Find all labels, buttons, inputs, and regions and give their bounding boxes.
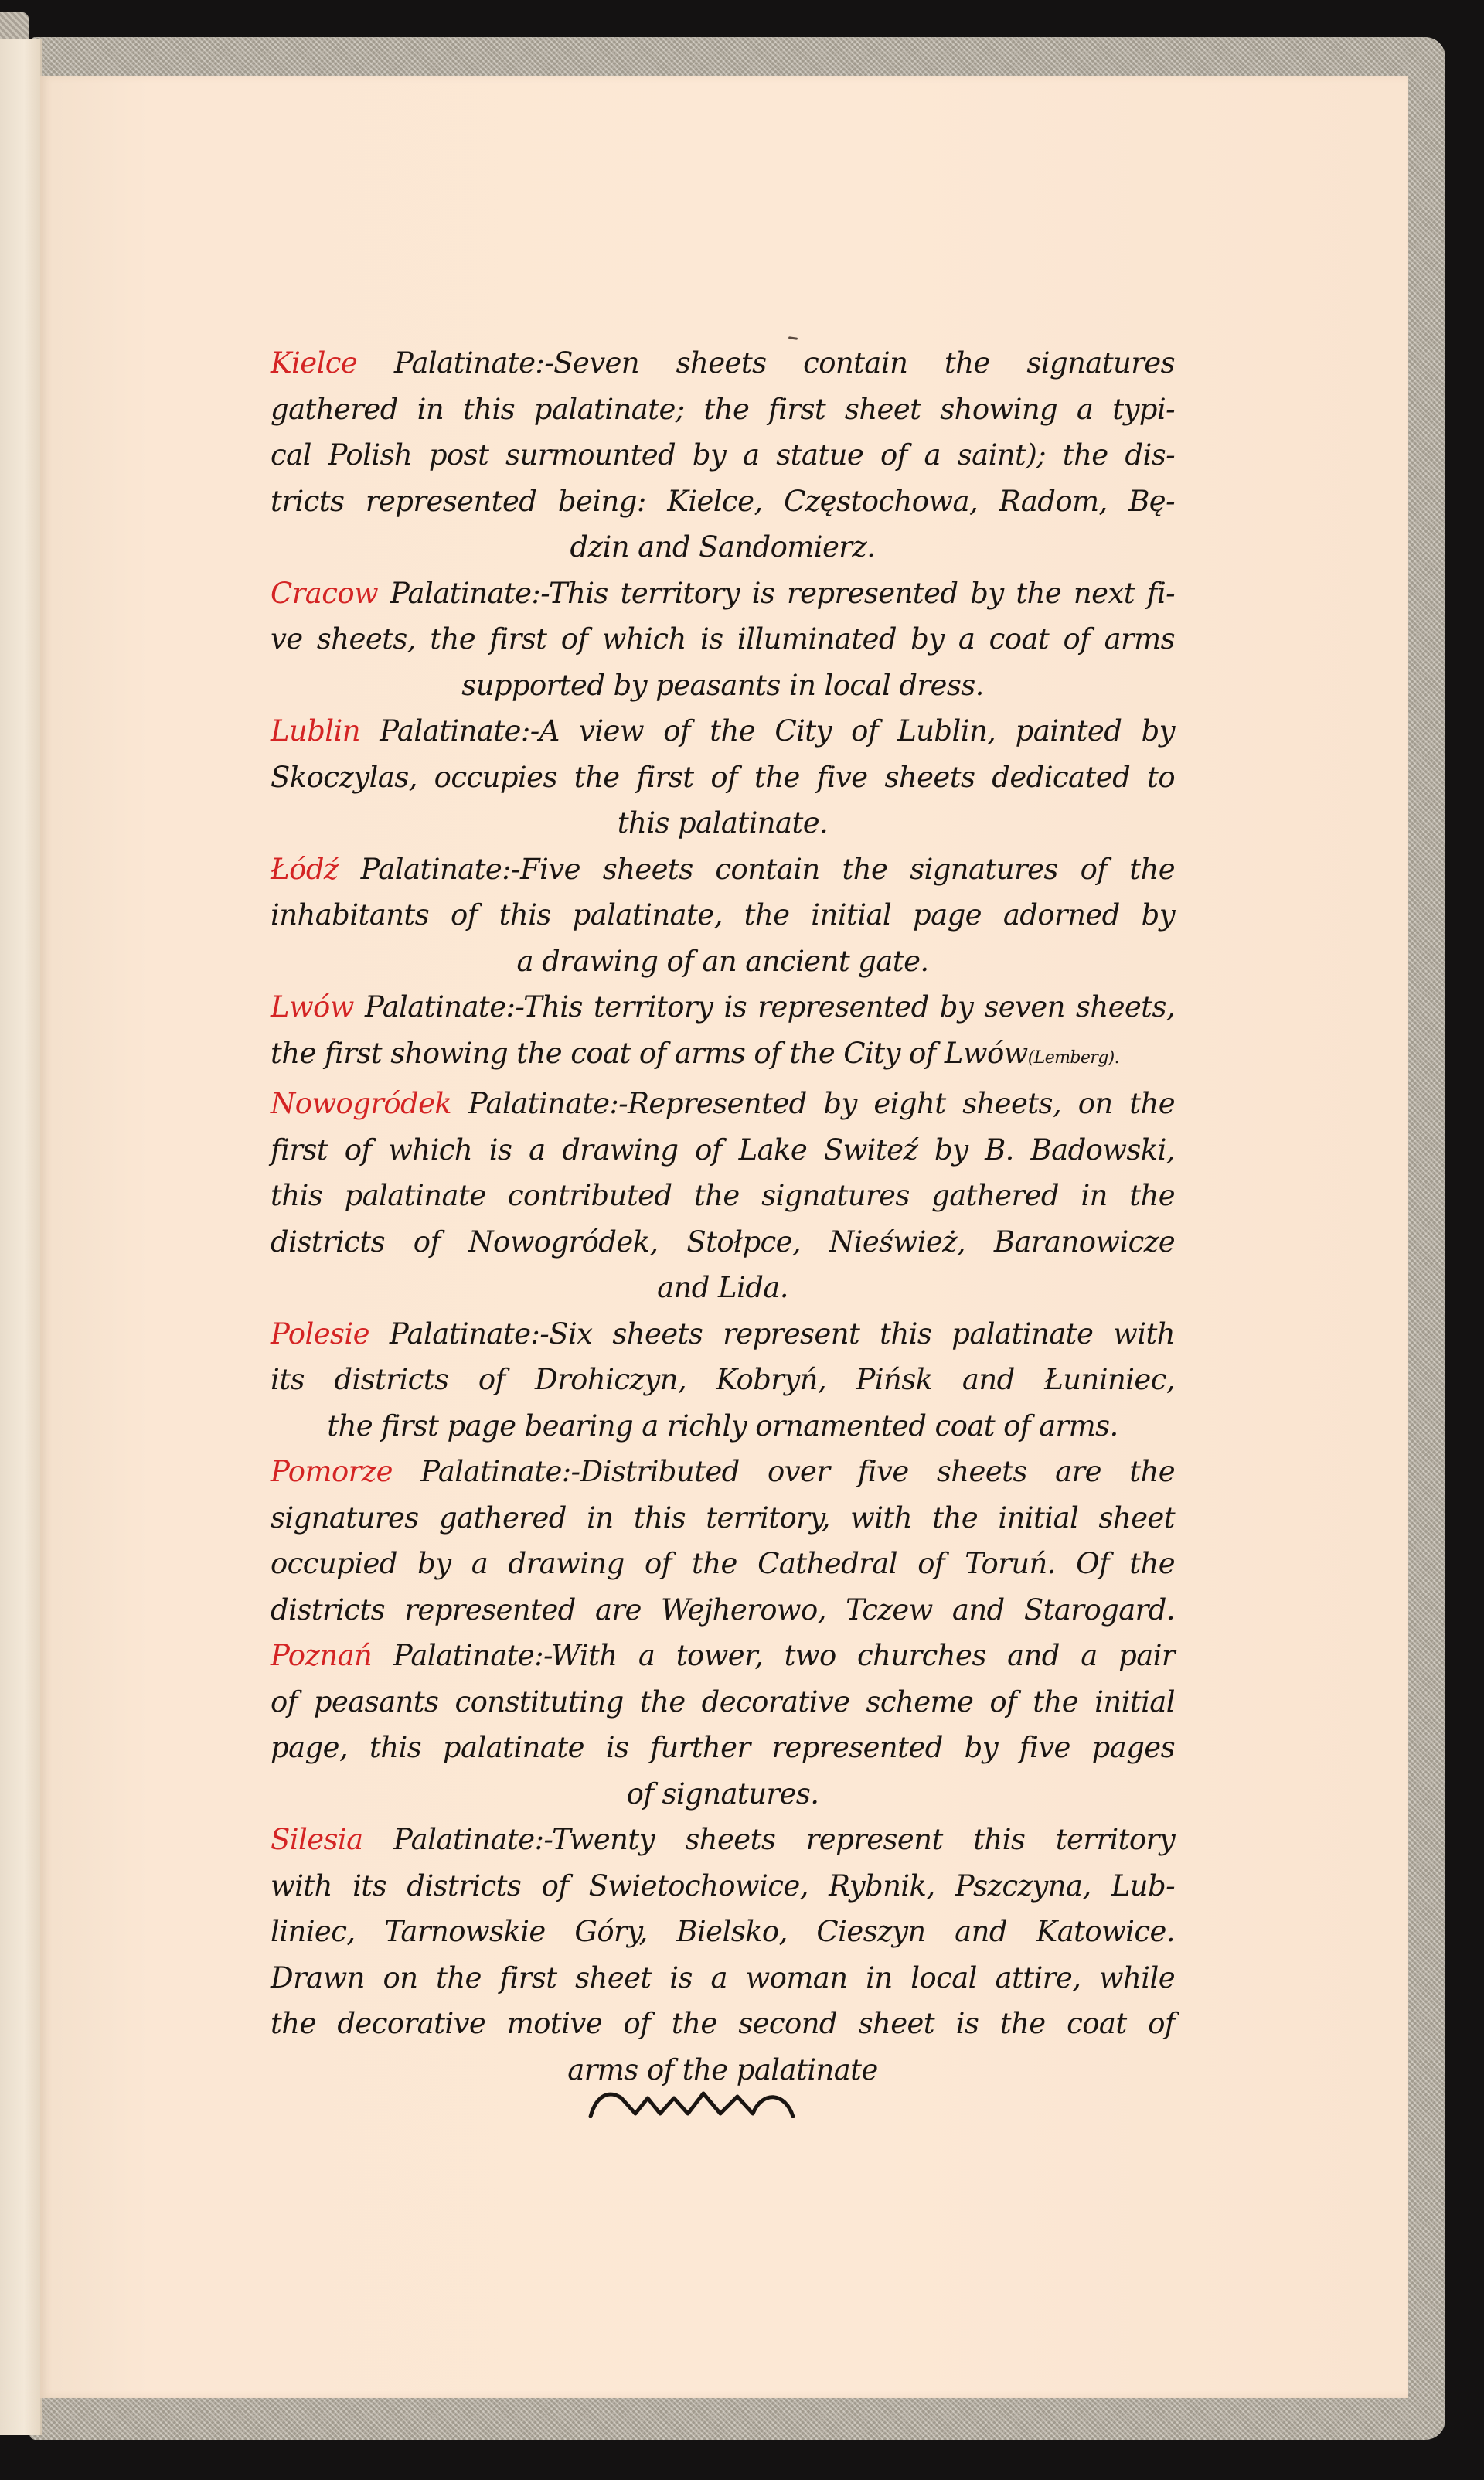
entry-lublin: Lublin Palatinate:-A view of the City of… [271,708,1175,847]
entry-label: Palatinate:- [380,714,539,748]
entry-text: Six sheets represent this palatinate wit… [549,1317,1175,1351]
entry-text: With a tower, two churches and a pair [551,1639,1175,1672]
entry-text: with its districts of Swietochowice, Ryb… [271,1863,1175,1909]
entry-text: and Lida. [271,1265,1175,1311]
entry-label: Palatinate:- [420,1455,580,1488]
entry-text: Drawn on the first sheet is a woman in l… [271,1955,1175,2001]
entry-label: Palatinate:- [365,990,523,1024]
entry-text: cal Polish post surmounted by a statue o… [271,432,1175,479]
entry-text: This territory is represented by seven s… [523,990,1175,1024]
place-name: Kielce [271,346,357,380]
entry-label: Palatinate:- [390,1317,549,1351]
entry-text: liniec, Tarnowskie Góry, Bielsko, Cieszy… [271,1909,1175,1955]
entry-pomorze: Pomorze Palatinate:-Distributed over fiv… [271,1449,1175,1633]
entry-label: Palatinate:- [361,853,520,886]
entry-silesia: Silesia Palatinate:-Twenty sheets repres… [271,1817,1175,2093]
entry-text: inhabitants of this palatinate, the init… [271,892,1175,939]
place-name: Pomorze [271,1455,393,1488]
entry-text: A view of the City of Lublin, painted by [539,714,1175,748]
entry-cracow: Cracow Palatinate:-This territory is rep… [271,571,1175,709]
place-name: Silesia [271,1823,363,1856]
entry-text: this palatinate contributed the signatur… [271,1173,1175,1219]
place-name: Polesie [271,1317,369,1351]
facing-page-edge [0,39,42,2435]
entry-label: Palatinate:- [468,1087,628,1120]
place-name: Lwów [271,990,354,1024]
entry-label: Palatinate:- [394,346,553,380]
entry-text: districts represented are Wejherowo, Tcz… [271,1587,1175,1633]
entry-text: the first showing the coat of arms of th… [271,1037,1028,1070]
entry-label: Palatinate:- [393,1639,551,1672]
entry-text: signatures gathered in this territory, w… [271,1495,1175,1541]
entry-text: supported by peasants in local dress. [271,663,1175,709]
entry-text: ve sheets, the first of which is illumin… [271,616,1175,663]
entry-label: Palatinate:- [393,1823,552,1856]
entry-text: Distributed over five sheets are the [580,1455,1175,1488]
entry-text: first of which is a drawing of Lake Swit… [271,1127,1175,1174]
entry-kielce: Kielce Palatinate:-Seven sheets contain … [271,340,1175,571]
entry-label: Palatinate:- [390,577,549,610]
entry-text: a drawing of an ancient gate. [271,939,1175,985]
entry-text: this palatinate. [271,800,1175,847]
entry-text: districts of Nowogródek, Stołpce, Nieświ… [271,1219,1175,1266]
place-name: Nowogródek [271,1087,451,1120]
entry-nowogrodek: Nowogródek Palatinate:-Represented by ei… [271,1081,1175,1311]
entry-text: Five sheets contain the signatures of th… [520,853,1175,886]
wave-flourish-icon [587,2087,796,2118]
entry-text: of signatures. [271,1771,1175,1817]
entry-text: tricts represented being: Kielce, Często… [271,479,1175,525]
entry-text: the decorative motive of the second shee… [271,2001,1175,2047]
entry-text: arms of the palatinate [271,2047,1175,2093]
entry-text: This territory is represented by the nex… [549,577,1175,610]
entry-lodz: Łódź Palatinate:-Five sheets contain the… [271,847,1175,985]
entry-polesie: Polesie Palatinate:-Six sheets represent… [271,1311,1175,1450]
entry-text: of peasants constituting the decorative … [271,1679,1175,1725]
entry-lwow: Lwów Palatinate:-This territory is repre… [271,984,1175,1081]
entry-text: Represented by eight sheets, on the [628,1087,1175,1120]
place-name: Lublin [271,714,360,748]
palatinate-list: Kielce Palatinate:-Seven sheets contain … [271,340,1175,2093]
entry-text: gathered in this palatinate; the first s… [271,387,1175,433]
entry-poznan: Poznań Palatinate:-With a tower, two chu… [271,1633,1175,1817]
entry-text: Twenty sheets represent this territory [552,1823,1175,1856]
place-name: Cracow [271,577,378,610]
entry-text: the first page bearing a richly ornament… [271,1403,1175,1450]
place-name: Poznań [271,1639,372,1672]
entry-text: page, this palatinate is further represe… [271,1725,1175,1771]
entry-text: dzin and Sandomierz. [271,524,1175,571]
entry-text-aside: (Lemberg). [1028,1048,1119,1068]
entry-text: Skoczylas, occupies the first of the fiv… [271,755,1175,801]
place-name: Łódź [271,853,339,886]
entry-text: Seven sheets contain the signatures [553,346,1175,380]
entry-text: occupied by a drawing of the Cathedral o… [271,1541,1175,1587]
entry-text: its districts of Drohiczyn, Kobryń, Pińs… [271,1357,1175,1403]
